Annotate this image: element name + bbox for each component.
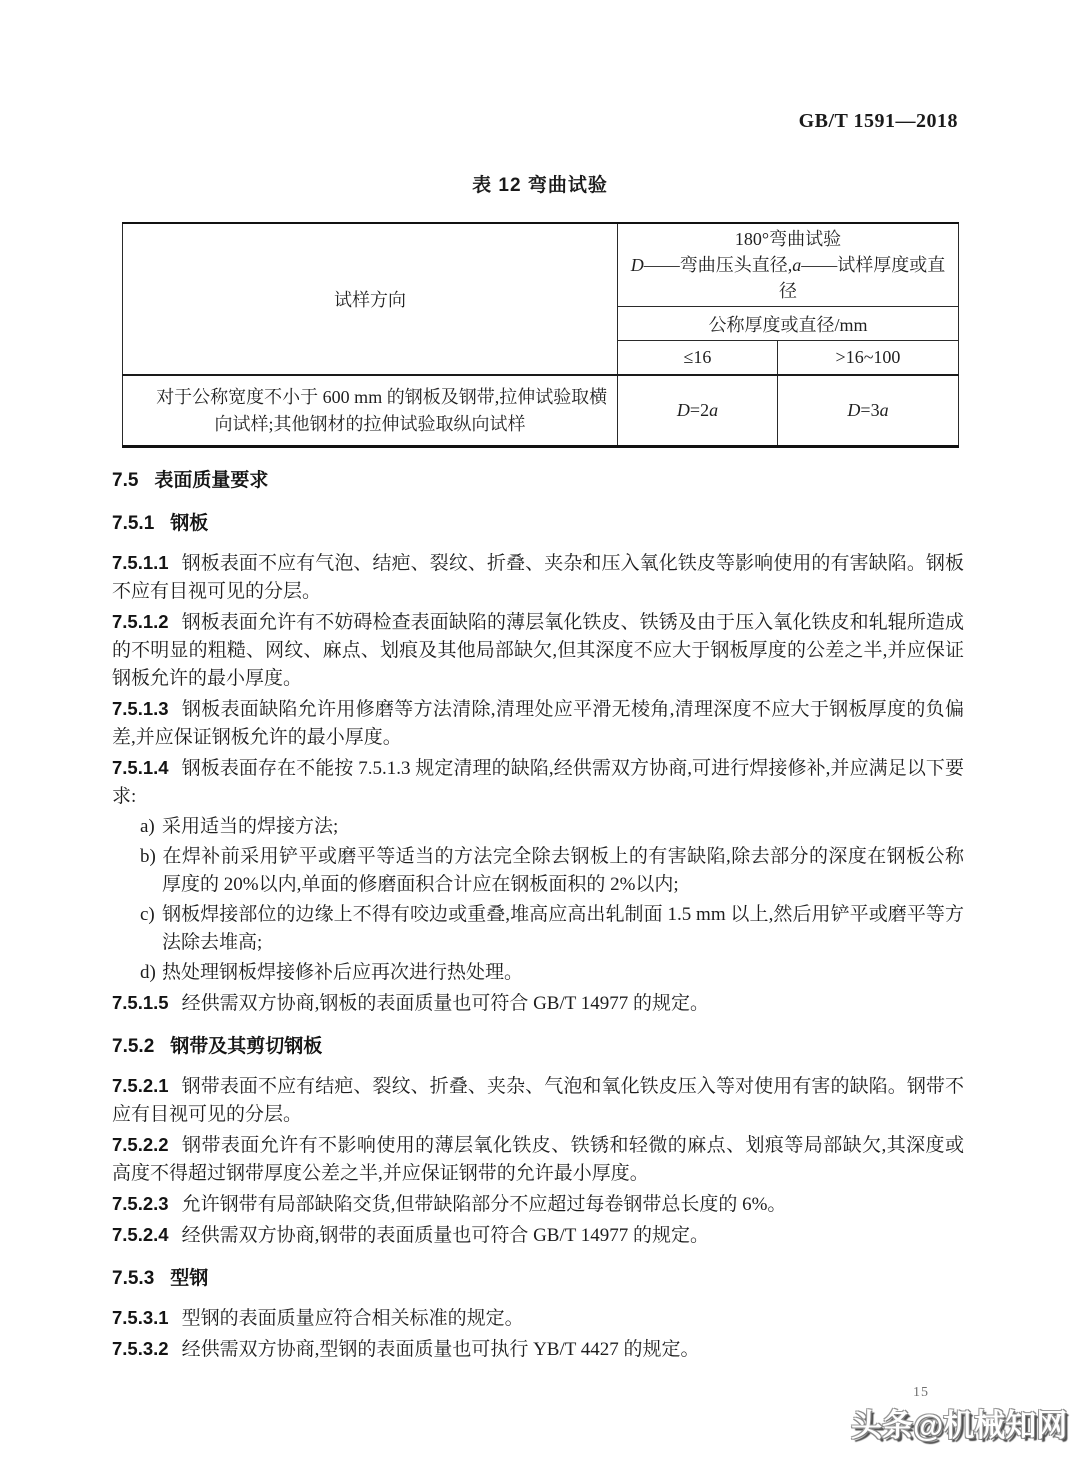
range-2-label: >16~100 bbox=[836, 347, 901, 367]
clause-number: 7.5.1 bbox=[112, 513, 154, 534]
clause-paragraph: 7.5.1.5经供需双方协商,钢板的表面质量也可符合 GB/T 14977 的规… bbox=[112, 989, 964, 1018]
direction-body-text: 对于公称宽度不小于 600 mm 的钢板及钢带,拉伸试验取横向试样;其他钢材的拉… bbox=[156, 387, 607, 434]
clause-number: 7.5.1.4 bbox=[112, 757, 169, 778]
list-text: 钢板焊接部位的边缘上不得有咬边或重叠,堆高应高出轧制面 1.5 mm 以上,然后… bbox=[162, 904, 964, 953]
value-2-a: a bbox=[880, 400, 889, 420]
range-1-label: ≤16 bbox=[684, 347, 712, 367]
clause-paragraph: 7.5.1.3钢板表面缺陷允许用修磨等方法清除,清理处应平滑无棱角,清理深度不应… bbox=[112, 695, 964, 752]
list-text: 热处理钢板焊接修补后应再次进行热处理。 bbox=[162, 962, 523, 983]
bend-test-table: 试样方向 180°弯曲试验 D——弯曲压头直径,a——试样厚度或直径 公称厚度或… bbox=[122, 222, 959, 448]
value-2-cell: D=3a bbox=[778, 375, 959, 447]
range-1-cell: ≤16 bbox=[618, 341, 778, 376]
clause-text: 型钢的表面质量应符合相关标准的规定。 bbox=[182, 1308, 524, 1329]
value-2-mid: =3 bbox=[860, 400, 879, 420]
dimension-header-label: 公称厚度或直径/mm bbox=[708, 315, 867, 335]
legend-d-separator: —— bbox=[644, 255, 680, 275]
watermark: 头条@机械知网 bbox=[851, 1400, 1067, 1445]
clause-number: 7.5.1.5 bbox=[112, 992, 169, 1013]
list-marker: c) bbox=[140, 901, 162, 929]
dimension-header-cell: 公称厚度或直径/mm bbox=[618, 307, 959, 341]
list-text: 在焊补前采用铲平或磨平等适当的方法完全除去钢板上的有害缺陷,除去部分的深度在钢板… bbox=[162, 846, 964, 895]
clause-number: 7.5.1.2 bbox=[112, 611, 169, 632]
section-heading: 7.5.2钢带及其剪切钢板 bbox=[112, 1033, 964, 1061]
test-name-cell: 180°弯曲试验 D——弯曲压头直径,a——试样厚度或直径 bbox=[618, 223, 959, 307]
legend-a-symbol: a bbox=[792, 255, 801, 275]
clause-text: 钢板表面缺陷允许用修磨等方法清除,清理处应平滑无棱角,清理深度不应大于钢板厚度的… bbox=[112, 699, 964, 748]
clause-title: 钢带及其剪切钢板 bbox=[170, 1036, 322, 1057]
clause-paragraph: 7.5.1.1钢板表面不应有气泡、结疤、裂纹、折叠、夹杂和压入氧化铁皮等影响使用… bbox=[112, 549, 964, 606]
section-heading: 7.5表面质量要求 bbox=[112, 467, 964, 495]
section-heading: 7.5.1钢板 bbox=[112, 510, 964, 538]
clause-text: 允许钢带有局部缺陷交货,但带缺陷部分不应超过每卷钢带总长度的 6%。 bbox=[182, 1194, 787, 1215]
clause-paragraph: 7.5.1.4钢板表面存在不能按 7.5.1.3 规定清理的缺陷,经供需双方协商… bbox=[112, 754, 964, 811]
clause-number: 7.5.2.3 bbox=[112, 1193, 169, 1214]
test-name-label: 180°弯曲试验 bbox=[624, 226, 952, 252]
clause-number: 7.5.3.2 bbox=[112, 1338, 169, 1359]
clause-text: 经供需双方协商,型钢的表面质量也可执行 YB/T 4427 的规定。 bbox=[182, 1339, 700, 1360]
clause-paragraph: 7.5.2.1钢带表面不应有结疤、裂纹、折叠、夹杂、气泡和氧化铁皮压入等对使用有… bbox=[112, 1072, 964, 1129]
legend-d-description: 弯曲压头直径, bbox=[680, 255, 793, 275]
clause-paragraph: 7.5.3.2经供需双方协商,型钢的表面质量也可执行 YB/T 4427 的规定… bbox=[112, 1335, 964, 1364]
list-text: 采用适当的焊接方法; bbox=[162, 816, 338, 837]
clause-text: 钢带表面允许有不影响使用的薄层氧化铁皮、铁锈和轻微的麻点、划痕等局部缺欠,其深度… bbox=[112, 1135, 964, 1184]
clause-text: 经供需双方协商,钢带的表面质量也可符合 GB/T 14977 的规定。 bbox=[182, 1225, 709, 1246]
direction-header-label: 试样方向 bbox=[334, 290, 406, 310]
page-number: 15 bbox=[913, 1385, 929, 1401]
range-2-cell: >16~100 bbox=[778, 341, 959, 376]
clause-paragraph: 7.5.2.3允许钢带有局部缺陷交货,但带缺陷部分不应超过每卷钢带总长度的 6%… bbox=[112, 1190, 964, 1219]
sections: 7.5表面质量要求7.5.1钢板7.5.1.1钢板表面不应有气泡、结疤、裂纹、折… bbox=[112, 452, 964, 1366]
clause-number: 7.5.3.1 bbox=[112, 1307, 169, 1328]
clause-paragraph: 7.5.3.1型钢的表面质量应符合相关标准的规定。 bbox=[112, 1304, 964, 1333]
value-2-d: D bbox=[847, 400, 860, 420]
clause-number: 7.5.2.4 bbox=[112, 1224, 169, 1245]
clause-number: 7.5.1.1 bbox=[112, 552, 169, 573]
clause-text: 钢板表面存在不能按 7.5.1.3 规定清理的缺陷,经供需双方协商,可进行焊接修… bbox=[112, 758, 964, 807]
clause-number: 7.5.2.1 bbox=[112, 1075, 169, 1096]
clause-title: 型钢 bbox=[170, 1268, 208, 1289]
clause-text: 经供需双方协商,钢板的表面质量也可符合 GB/T 14977 的规定。 bbox=[182, 993, 709, 1014]
list-item: d)热处理钢板焊接修补后应再次进行热处理。 bbox=[112, 959, 964, 987]
list-marker: a) bbox=[140, 813, 162, 841]
clause-paragraph: 7.5.2.4经供需双方协商,钢带的表面质量也可符合 GB/T 14977 的规… bbox=[112, 1221, 964, 1250]
clause-number: 7.5 bbox=[112, 470, 138, 491]
legend-line: D——弯曲压头直径,a——试样厚度或直径 bbox=[624, 252, 952, 304]
clause-title: 表面质量要求 bbox=[154, 470, 268, 491]
value-1-mid: =2 bbox=[690, 400, 709, 420]
direction-body-cell: 对于公称宽度不小于 600 mm 的钢板及钢带,拉伸试验取横向试样;其他钢材的拉… bbox=[123, 375, 618, 447]
table-title: 表 12 弯曲试验 bbox=[0, 170, 1080, 197]
list-marker: d) bbox=[140, 959, 162, 987]
clause-text: 钢板表面不应有气泡、结疤、裂纹、折叠、夹杂和压入氧化铁皮等影响使用的有害缺陷。钢… bbox=[112, 553, 964, 602]
legend-d-symbol: D bbox=[631, 255, 644, 275]
clause-paragraph: 7.5.1.2钢板表面允许有不妨碍检查表面缺陷的薄层氧化铁皮、铁锈及由于压入氧化… bbox=[112, 608, 964, 693]
table-header-row-1: 试样方向 180°弯曲试验 D——弯曲压头直径,a——试样厚度或直径 bbox=[123, 223, 959, 307]
legend-a-separator: —— bbox=[801, 255, 837, 275]
clause-text: 钢带表面不应有结疤、裂纹、折叠、夹杂、气泡和氧化铁皮压入等对使用有害的缺陷。钢带… bbox=[112, 1076, 964, 1125]
list-item: a)采用适当的焊接方法; bbox=[112, 813, 964, 841]
table-body-row: 对于公称宽度不小于 600 mm 的钢板及钢带,拉伸试验取横向试样;其他钢材的拉… bbox=[123, 375, 959, 447]
list-item: c)钢板焊接部位的边缘上不得有咬边或重叠,堆高应高出轧制面 1.5 mm 以上,… bbox=[112, 901, 964, 957]
value-1-a: a bbox=[709, 400, 718, 420]
clause-title: 钢板 bbox=[170, 513, 208, 534]
value-1-cell: D=2a bbox=[618, 375, 778, 447]
value-1-d: D bbox=[677, 400, 690, 420]
clause-paragraph: 7.5.2.2钢带表面允许有不影响使用的薄层氧化铁皮、铁锈和轻微的麻点、划痕等局… bbox=[112, 1131, 964, 1188]
clause-number: 7.5.2 bbox=[112, 1036, 154, 1057]
list-item: b)在焊补前采用铲平或磨平等适当的方法完全除去钢板上的有害缺陷,除去部分的深度在… bbox=[112, 843, 964, 899]
document-code: GB/T 1591—2018 bbox=[799, 110, 958, 133]
direction-header-cell: 试样方向 bbox=[123, 223, 618, 375]
clause-number: 7.5.2.2 bbox=[112, 1134, 169, 1155]
clause-text: 钢板表面允许有不妨碍检查表面缺陷的薄层氧化铁皮、铁锈及由于压入氧化铁皮和轧辊所造… bbox=[112, 612, 964, 689]
clause-number: 7.5.3 bbox=[112, 1268, 154, 1289]
section-heading: 7.5.3型钢 bbox=[112, 1265, 964, 1293]
clause-number: 7.5.1.3 bbox=[112, 698, 169, 719]
list-marker: b) bbox=[140, 843, 162, 871]
